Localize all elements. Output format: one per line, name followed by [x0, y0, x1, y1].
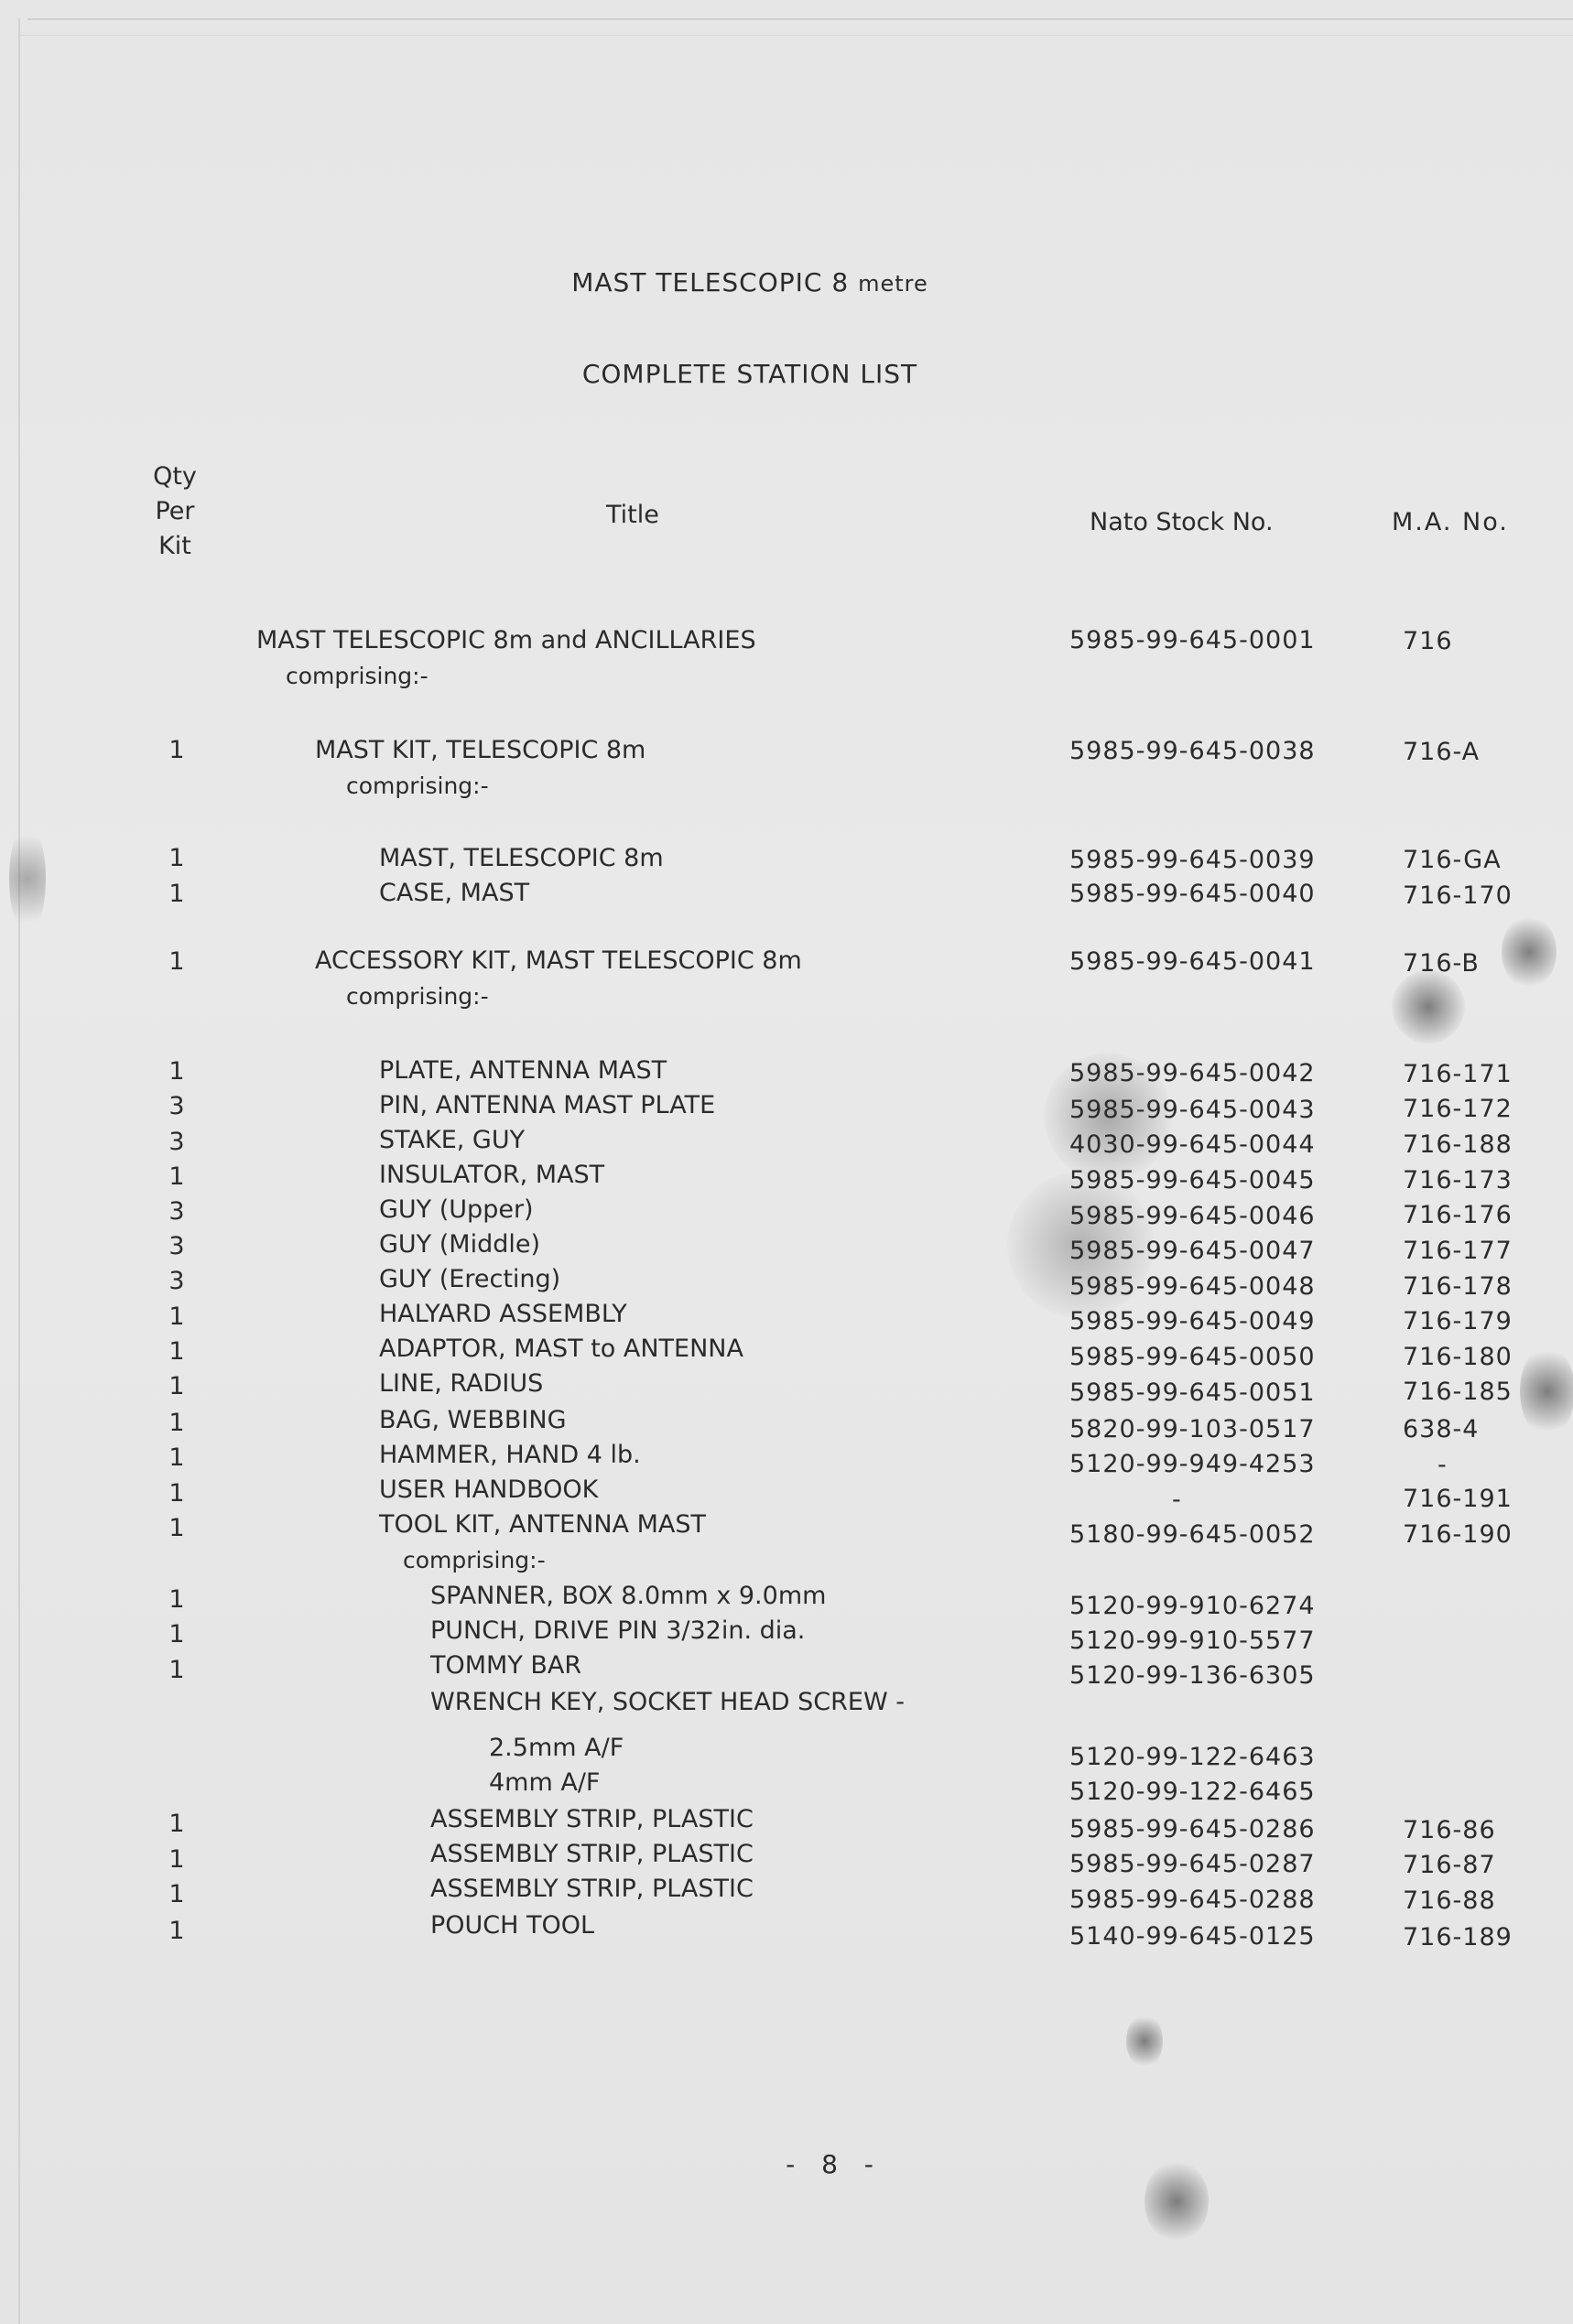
qty-cell: 3 [163, 1267, 190, 1295]
ma-no-cell: 716-177 [1403, 1237, 1513, 1265]
table-row: 1TOMMY BAR5120-99-136-6305 [0, 1651, 1573, 1688]
title-cell: PIN, ANTENNA MAST PLATE [379, 1091, 715, 1119]
title-cell: GUY (Erecting) [379, 1265, 560, 1293]
nato-stock-no-cell: 5820-99-103-0517 [1069, 1415, 1316, 1443]
table-row: 3GUY (Erecting)5985-99-645-0048716-178 [0, 1265, 1573, 1302]
table-row: 1SPANNER, BOX 8.0mm x 9.0mm5120-99-910-6… [0, 1582, 1573, 1618]
table-row: 1POUCH TOOL5140-99-645-0125716-189 [0, 1911, 1573, 1948]
qty-cell: 1 [163, 1303, 190, 1331]
table-row: 1BAG, WEBBING5820-99-103-0517638-4 [0, 1406, 1573, 1443]
title-cell: BAG, WEBBING [379, 1406, 567, 1434]
nato-stock-no-cell: 5985-99-645-0051 [1069, 1378, 1316, 1407]
title-cell: ASSEMBLY STRIP, PLASTIC [430, 1840, 754, 1868]
table-row: 2.5mm A/F5120-99-122-6463 [0, 1734, 1573, 1770]
qty-cell: 1 [163, 1479, 190, 1508]
page-edge [27, 18, 1573, 20]
qty-cell: 1 [163, 1162, 190, 1191]
qty-header-line: Qty [146, 459, 203, 494]
table-row: comprising:- [0, 663, 1573, 699]
column-header-nato-stock-no: Nato Stock No. [1090, 505, 1274, 540]
title-unit: metre [858, 271, 928, 297]
title-cell: MAST, TELESCOPIC 8m [379, 844, 664, 872]
qty-cell: 3 [163, 1128, 190, 1156]
nato-stock-no-cell: 5985-99-645-0048 [1069, 1272, 1316, 1301]
ma-no-cell: 716-185 [1403, 1378, 1513, 1406]
ma-no-cell: 716-180 [1403, 1343, 1513, 1371]
qty-cell: 1 [163, 1514, 190, 1542]
title-cell: INSULATOR, MAST [379, 1161, 604, 1189]
table-row: WRENCH KEY, SOCKET HEAD SCREW - [0, 1688, 1573, 1724]
qty-cell: 1 [163, 1585, 190, 1614]
title-cell: TOOL KIT, ANTENNA MAST [379, 1510, 706, 1539]
nato-stock-no-cell: 5985-99-645-0047 [1069, 1237, 1316, 1265]
ma-no-cell: 716-191 [1403, 1485, 1513, 1513]
scanned-page: MAST TELESCOPIC 8 metre COMPLETE STATION… [0, 0, 1573, 2324]
table-row: 1PLATE, ANTENNA MAST5985-99-645-0042716-… [0, 1056, 1573, 1093]
title-cell: SPANNER, BOX 8.0mm x 9.0mm [430, 1582, 826, 1610]
nato-stock-no-cell: 5985-99-645-0288 [1069, 1886, 1316, 1914]
ma-no-cell: 716-176 [1403, 1201, 1513, 1229]
qty-cell: 1 [163, 736, 190, 764]
table-row: 1MAST, TELESCOPIC 8m5985-99-645-0039716-… [0, 844, 1573, 881]
ma-no-cell: 716-170 [1403, 881, 1513, 910]
ma-no-cell: 716-GA [1403, 846, 1502, 874]
qty-cell: 1 [163, 1620, 190, 1648]
qty-cell: 1 [163, 1057, 190, 1086]
nato-stock-no-cell: 5985-99-645-0041 [1069, 947, 1316, 976]
nato-stock-no-cell: 5985-99-645-0046 [1069, 1202, 1316, 1230]
column-header-qty: Qty Per Kit [146, 459, 203, 564]
page-edge [18, 35, 1573, 36]
title-cell: MAST KIT, TELESCOPIC 8m [315, 736, 645, 764]
nato-stock-no-cell: 5985-99-645-0043 [1069, 1096, 1316, 1124]
title-cell: comprising:- [403, 1547, 546, 1573]
nato-stock-no-cell: 5985-99-645-0038 [1069, 737, 1316, 765]
table-row: 1INSULATOR, MAST5985-99-645-0045716-173 [0, 1161, 1573, 1197]
nato-stock-no-cell: 5180-99-645-0052 [1069, 1520, 1316, 1549]
table-row: 1MAST KIT, TELESCOPIC 8m5985-99-645-0038… [0, 736, 1573, 773]
title-cell: POUCH TOOL [430, 1911, 594, 1940]
ma-no-cell: 716-171 [1403, 1060, 1513, 1088]
nato-stock-no-cell: 4030-99-645-0044 [1069, 1130, 1316, 1159]
qty-cell: 1 [163, 1443, 190, 1472]
document-title: MAST TELESCOPIC 8 metre [0, 267, 1536, 297]
nato-stock-no-cell: 5120-99-949-4253 [1069, 1450, 1316, 1478]
qty-cell: 1 [163, 844, 190, 872]
page-number: - 8 - [48, 2149, 1573, 2179]
nato-stock-no-cell: 5985-99-645-0001 [1069, 626, 1316, 654]
document-subtitle: COMPLETE STATION LIST [0, 359, 1536, 389]
qty-header-line: Kit [146, 529, 203, 564]
table-row: comprising:- [0, 983, 1573, 1020]
title-cell: 4mm A/F [489, 1768, 600, 1797]
ma-no-cell: 716-173 [1403, 1166, 1513, 1194]
qty-cell: 1 [163, 1372, 190, 1400]
qty-header-line: Per [146, 494, 203, 529]
qty-cell: 1 [163, 1917, 190, 1945]
ma-no-cell: 716-88 [1403, 1886, 1496, 1915]
qty-cell: 1 [163, 947, 190, 976]
table-row: 1LINE, RADIUS5985-99-645-0051716-185 [0, 1369, 1573, 1406]
title-cell: PLATE, ANTENNA MAST [379, 1056, 667, 1085]
qty-cell: 1 [163, 1845, 190, 1874]
table-row: 1ACCESSORY KIT, MAST TELESCOPIC 8m5985-9… [0, 946, 1573, 983]
table-row: 1ADAPTOR, MAST to ANTENNA5985-99-645-005… [0, 1335, 1573, 1371]
qty-cell: 1 [163, 1337, 190, 1366]
title-cell: ASSEMBLY STRIP, PLASTIC [430, 1805, 754, 1833]
ma-no-cell: 716-189 [1403, 1923, 1513, 1951]
title-cell: ASSEMBLY STRIP, PLASTIC [430, 1875, 754, 1903]
table-row: MAST TELESCOPIC 8m and ANCILLARIES5985-9… [0, 626, 1573, 663]
title-cell: ADAPTOR, MAST to ANTENNA [379, 1335, 743, 1363]
qty-cell: 3 [163, 1092, 190, 1120]
qty-cell: 1 [163, 880, 190, 908]
table-row: 1ASSEMBLY STRIP, PLASTIC5985-99-645-0286… [0, 1805, 1573, 1842]
table-row: 1USER HANDBOOK-716-191 [0, 1475, 1573, 1512]
ma-no-cell: 716-188 [1403, 1130, 1513, 1159]
title-cell: CASE, MAST [379, 879, 529, 907]
ma-no-cell: 716-190 [1403, 1520, 1513, 1549]
title-cell: TOMMY BAR [430, 1651, 581, 1680]
nato-stock-no-cell: 5120-99-136-6305 [1069, 1661, 1316, 1690]
table-row: 3PIN, ANTENNA MAST PLATE5985-99-645-0043… [0, 1091, 1573, 1128]
qty-cell: 1 [163, 1810, 190, 1838]
table-row: 3GUY (Upper)5985-99-645-0046716-176 [0, 1195, 1573, 1232]
title-text: MAST TELESCOPIC 8 [571, 267, 849, 297]
ma-no-cell: 716-179 [1403, 1307, 1513, 1335]
qty-cell: 1 [163, 1656, 190, 1684]
nato-stock-no-cell: 5985-99-645-0045 [1069, 1166, 1316, 1194]
column-header-title: Title [606, 498, 659, 533]
ma-no-cell: 716-A [1403, 738, 1480, 766]
table-row: comprising:- [0, 1547, 1573, 1584]
title-cell: GUY (Upper) [379, 1195, 534, 1224]
qty-cell: 1 [163, 1880, 190, 1908]
title-cell: USER HANDBOOK [379, 1475, 598, 1504]
nato-stock-no-cell: 5120-99-122-6463 [1069, 1743, 1316, 1771]
title-cell: HALYARD ASSEMBLY [379, 1300, 627, 1328]
title-cell: comprising:- [346, 773, 489, 799]
title-cell: MAST TELESCOPIC 8m and ANCILLARIES [256, 626, 756, 654]
title-cell: LINE, RADIUS [379, 1369, 543, 1398]
table-row: 1HALYARD ASSEMBLY5985-99-645-0049716-179 [0, 1300, 1573, 1336]
qty-cell: 1 [163, 1409, 190, 1437]
qty-cell: 3 [163, 1232, 190, 1260]
table-row: 3GUY (Middle)5985-99-645-0047716-177 [0, 1230, 1573, 1267]
nato-stock-no-cell: 5985-99-645-0039 [1069, 846, 1316, 874]
title-cell: GUY (Middle) [379, 1230, 540, 1259]
nato-stock-no-cell: 5985-99-645-0050 [1069, 1343, 1316, 1371]
ma-no-cell: 716-172 [1403, 1095, 1513, 1123]
table-row: 1PUNCH, DRIVE PIN 3/32in. dia.5120-99-91… [0, 1616, 1573, 1653]
title-cell: WRENCH KEY, SOCKET HEAD SCREW - [430, 1688, 905, 1716]
nato-stock-no-cell: 5120-99-122-6465 [1069, 1778, 1316, 1806]
title-cell: comprising:- [346, 983, 489, 1010]
title-cell: comprising:- [286, 663, 429, 689]
table-row: 1HAMMER, HAND 4 lb.5120-99-949-4253- [0, 1441, 1573, 1477]
table-row: 4mm A/F5120-99-122-6465 [0, 1768, 1573, 1805]
table-row: 1ASSEMBLY STRIP, PLASTIC5985-99-645-0287… [0, 1840, 1573, 1876]
qty-cell: 3 [163, 1197, 190, 1226]
title-cell: STAKE, GUY [379, 1126, 525, 1154]
ma-no-cell: 716-B [1403, 949, 1480, 978]
nato-stock-no-cell: 5985-99-645-0040 [1069, 880, 1316, 908]
nato-stock-no-cell: 5140-99-645-0125 [1069, 1922, 1316, 1951]
title-cell: ACCESSORY KIT, MAST TELESCOPIC 8m [315, 946, 802, 975]
title-cell: HAMMER, HAND 4 lb. [379, 1441, 641, 1469]
table-row: comprising:- [0, 773, 1573, 809]
nato-stock-no-cell: 5985-99-645-0042 [1069, 1059, 1316, 1087]
nato-stock-no-cell: 5985-99-645-0049 [1069, 1307, 1316, 1335]
table-row: 1CASE, MAST5985-99-645-0040716-170 [0, 879, 1573, 915]
ma-no-cell: 716-178 [1403, 1272, 1513, 1301]
title-cell: 2.5mm A/F [489, 1734, 624, 1762]
column-header-ma-no: M.A. No. [1392, 505, 1509, 540]
ma-no-cell: 716 [1403, 627, 1453, 655]
ma-no-cell: 638-4 [1403, 1415, 1479, 1443]
table-row: 1ASSEMBLY STRIP, PLASTIC5985-99-645-0288… [0, 1875, 1573, 1911]
table-row: 3STAKE, GUY4030-99-645-0044716-188 [0, 1126, 1573, 1162]
table-row: 1TOOL KIT, ANTENNA MAST5180-99-645-00527… [0, 1510, 1573, 1547]
ink-smudge [1126, 2014, 1163, 2069]
title-cell: PUNCH, DRIVE PIN 3/32in. dia. [430, 1616, 805, 1645]
